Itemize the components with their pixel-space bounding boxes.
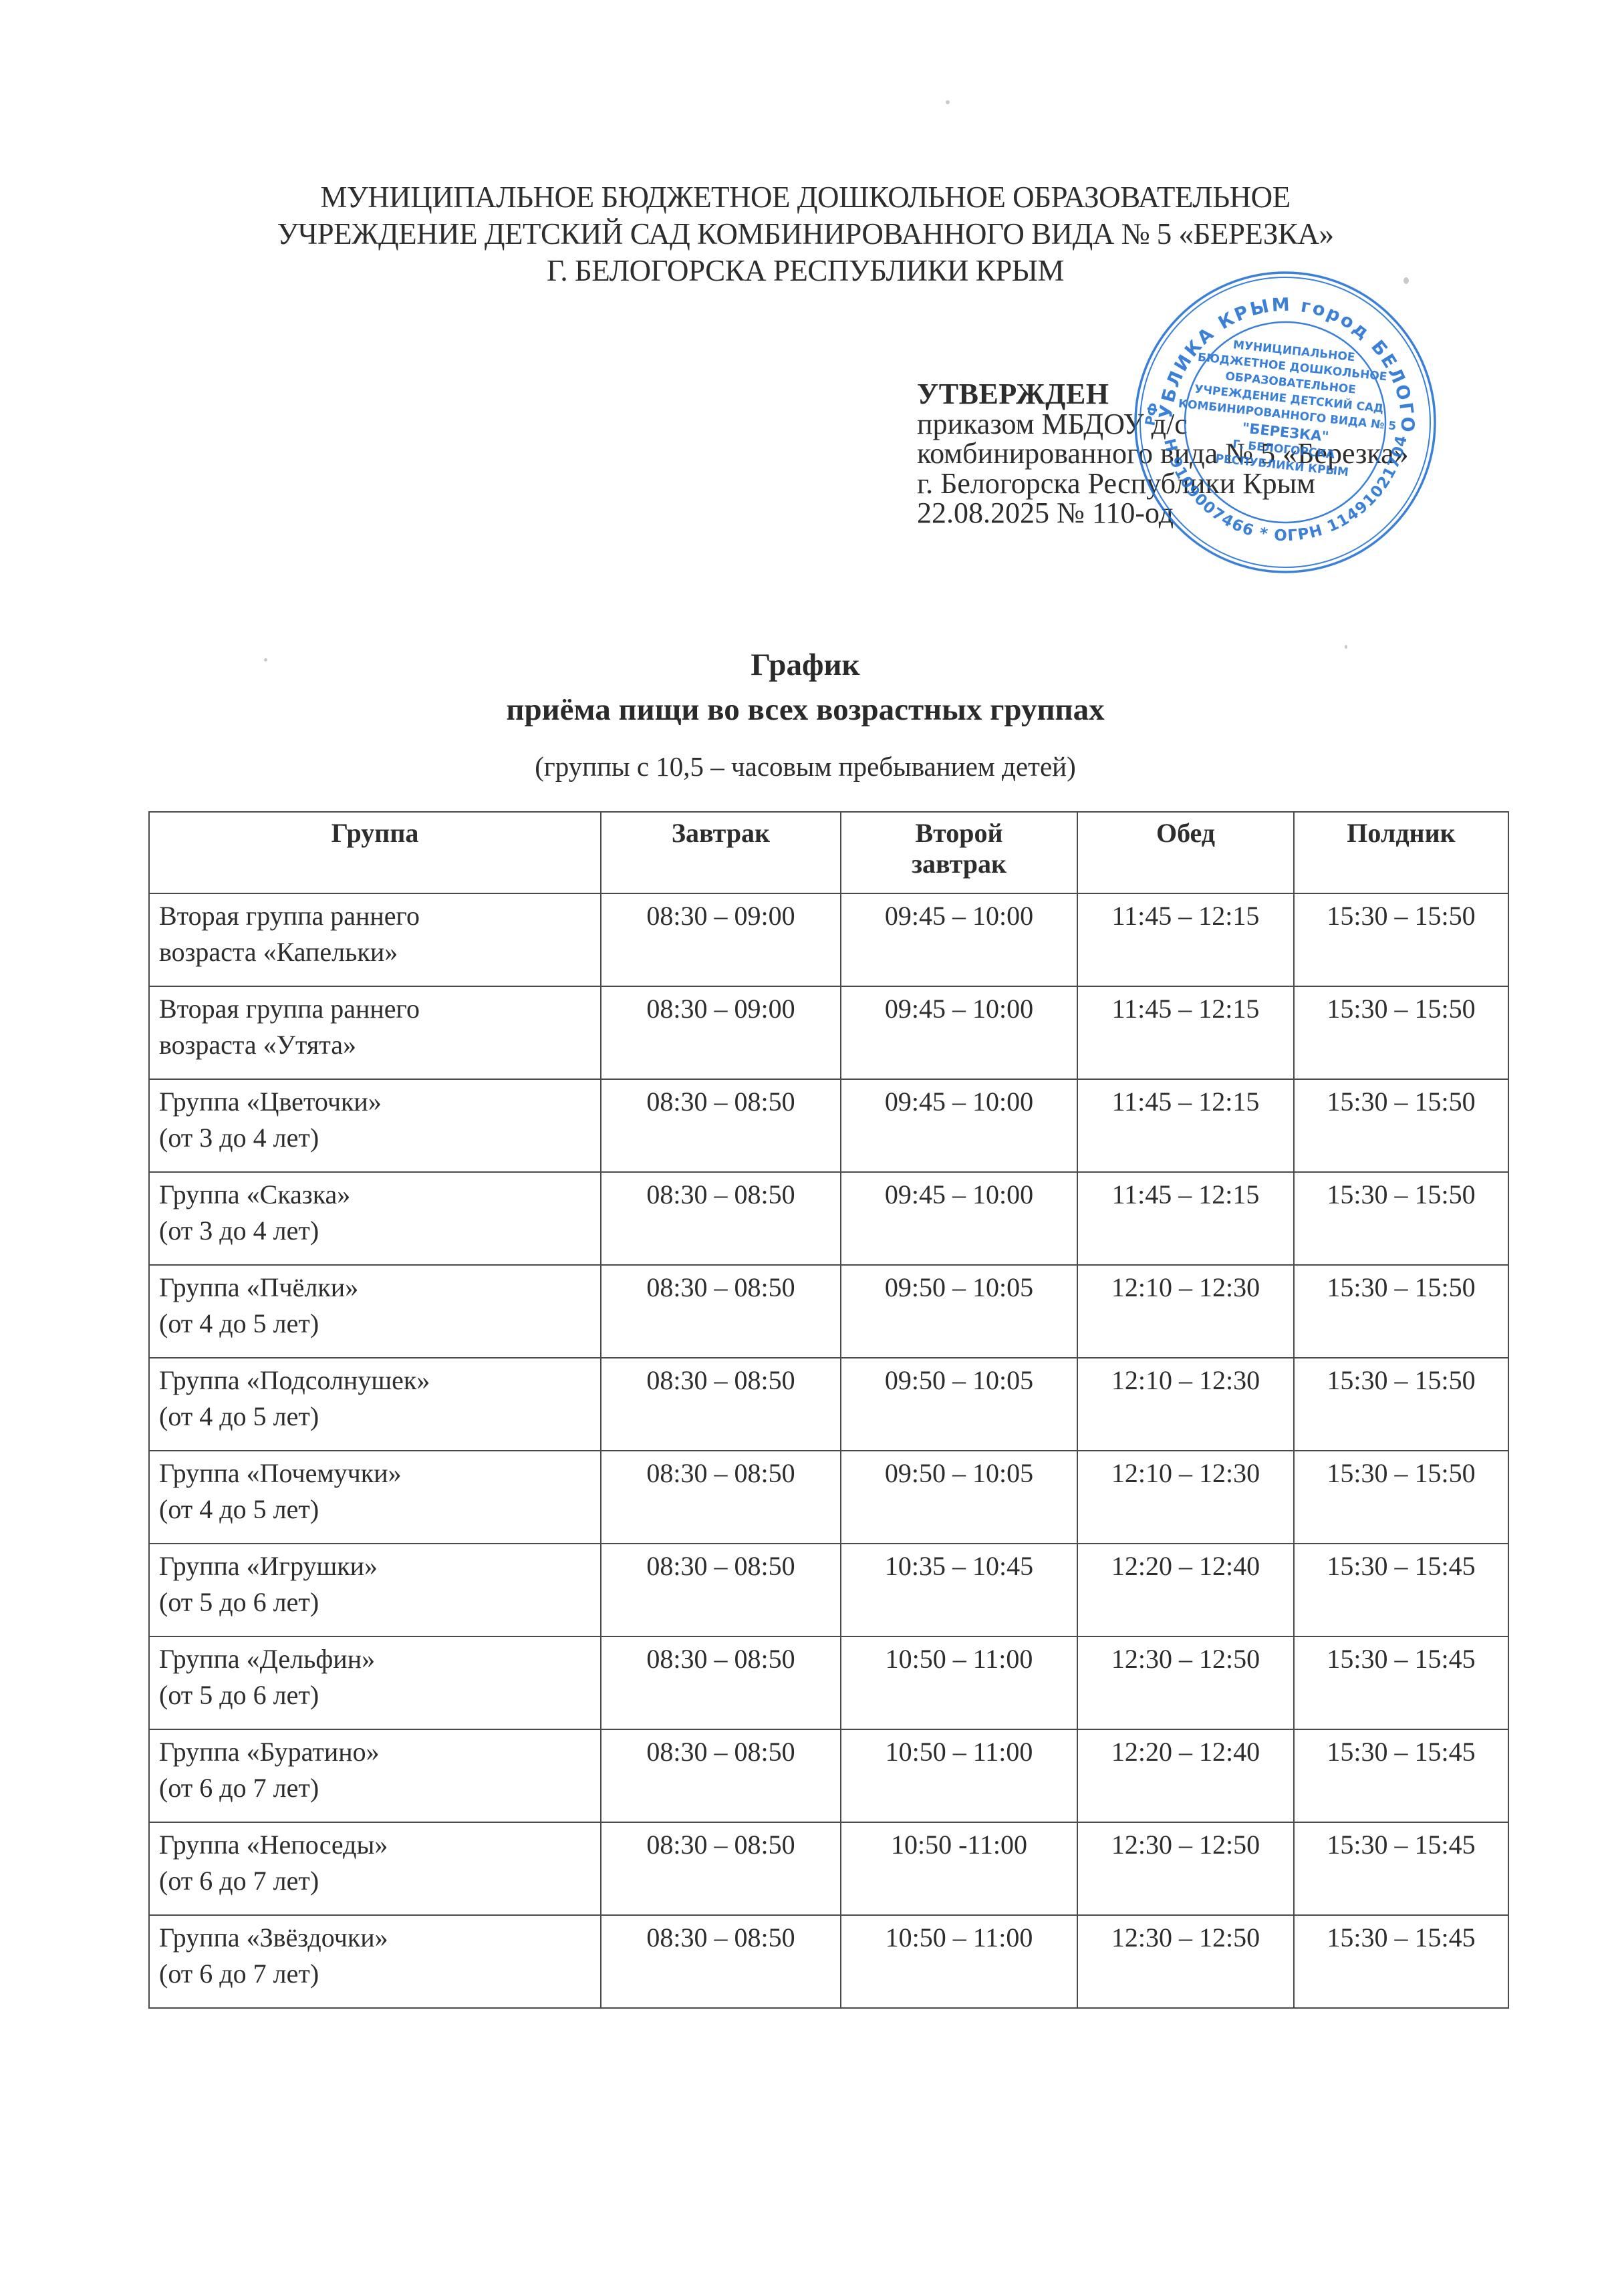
header-second-breakfast: Второй завтрак (841, 812, 1077, 893)
table-row: Группа «Звёздочки»(от 6 до 7 лет)08:30 –… (149, 1915, 1508, 2008)
scan-speck (946, 100, 950, 104)
meal-schedule-table: Группа Завтрак Второй завтрак Обед Полдн… (148, 811, 1509, 2009)
table-row: Группа «Непоседы»(от 6 до 7 лет)08:30 – … (149, 1822, 1508, 1915)
second-breakfast-time-cell: 09:50 – 10:05 (841, 1358, 1077, 1451)
org-header-line-2: УЧРЕЖДЕНИЕ ДЕТСКИЙ САД КОМБИНИРОВАННОГО … (200, 216, 1410, 253)
snack-time-cell: 15:30 – 15:50 (1294, 1265, 1508, 1358)
group-age-note: возраста «Капельки» (159, 934, 600, 970)
official-seal-stamp-icon: РЕСПУБЛИКА КРЫМ город БЕЛОГОРСК * ИНН 91… (1131, 269, 1439, 576)
second-breakfast-time-cell: 10:50 -11:00 (841, 1822, 1077, 1915)
snack-time-cell: 15:30 – 15:45 (1294, 1636, 1508, 1729)
lunch-time-cell: 12:20 – 12:40 (1077, 1544, 1294, 1636)
breakfast-time-cell: 08:30 – 08:50 (601, 1915, 841, 2008)
group-age-note: возраста «Утята» (159, 1027, 600, 1063)
header-group-label: Группа (150, 818, 600, 849)
group-name: Группа «Пчёлки» (159, 1270, 600, 1306)
group-name: Группа «Игрушки» (159, 1548, 600, 1584)
breakfast-time-cell: 08:30 – 09:00 (601, 893, 841, 986)
breakfast-time-cell: 08:30 – 08:50 (601, 1265, 841, 1358)
lunch-time-cell: 12:10 – 12:30 (1077, 1265, 1294, 1358)
group-name: Группа «Почемучки» (159, 1455, 600, 1491)
group-name: Вторая группа раннего (159, 991, 600, 1027)
breakfast-time-cell: 08:30 – 08:50 (601, 1729, 841, 1822)
second-breakfast-time-cell: 10:50 – 11:00 (841, 1636, 1077, 1729)
group-name-cell: Вторая группа раннеговозраста «Утята» (149, 986, 601, 1079)
header-lunch: Обед (1077, 812, 1294, 893)
table-row: Группа «Цветочки»(от 3 до 4 лет)08:30 – … (149, 1079, 1508, 1172)
header-second-breakfast-label-1: Второй (841, 818, 1077, 849)
table-row: Группа «Сказка»(от 3 до 4 лет)08:30 – 08… (149, 1172, 1508, 1265)
snack-time-cell: 15:30 – 15:50 (1294, 1172, 1508, 1265)
group-name-cell: Группа «Звёздочки»(от 6 до 7 лет) (149, 1915, 601, 2008)
group-name-cell: Группа «Цветочки»(от 3 до 4 лет) (149, 1079, 601, 1172)
breakfast-time-cell: 08:30 – 08:50 (601, 1172, 841, 1265)
table-header-row: Группа Завтрак Второй завтрак Обед Полдн… (149, 812, 1508, 893)
group-age-note: (от 3 до 4 лет) (159, 1213, 600, 1249)
group-name-cell: Группа «Почемучки»(от 4 до 5 лет) (149, 1451, 601, 1544)
breakfast-time-cell: 08:30 – 08:50 (601, 1451, 841, 1544)
group-name: Вторая группа раннего (159, 898, 600, 934)
group-name: Группа «Цветочки» (159, 1084, 600, 1120)
snack-time-cell: 15:30 – 15:50 (1294, 986, 1508, 1079)
table-row: Группа «Пчёлки»(от 4 до 5 лет)08:30 – 08… (149, 1265, 1508, 1358)
group-name-cell: Вторая группа раннеговозраста «Капельки» (149, 893, 601, 986)
group-name-cell: Группа «Игрушки»(от 5 до 6 лет) (149, 1544, 601, 1636)
table-row: Группа «Игрушки»(от 5 до 6 лет)08:30 – 0… (149, 1544, 1508, 1636)
lunch-time-cell: 12:30 – 12:50 (1077, 1822, 1294, 1915)
group-name-cell: Группа «Непоседы»(от 6 до 7 лет) (149, 1822, 601, 1915)
snack-time-cell: 15:30 – 15:45 (1294, 1915, 1508, 2008)
table-row: Вторая группа раннеговозраста «Капельки»… (149, 893, 1508, 986)
group-age-note: (от 6 до 7 лет) (159, 1770, 600, 1806)
snack-time-cell: 15:30 – 15:50 (1294, 1451, 1508, 1544)
lunch-time-cell: 11:45 – 12:15 (1077, 1172, 1294, 1265)
header-snack-label: Полдник (1295, 818, 1508, 849)
table-row: Группа «Подсолнушек»(от 4 до 5 лет)08:30… (149, 1358, 1508, 1451)
lunch-time-cell: 12:10 – 12:30 (1077, 1358, 1294, 1451)
lunch-time-cell: 11:45 – 12:15 (1077, 986, 1294, 1079)
header-second-breakfast-label-2: завтрак (841, 849, 1077, 879)
scan-speck (1345, 645, 1347, 649)
group-name-cell: Группа «Пчёлки»(от 4 до 5 лет) (149, 1265, 601, 1358)
org-header-line-1: МУНИЦИПАЛЬНОЕ БЮДЖЕТНОЕ ДОШКОЛЬНОЕ ОБРАЗ… (200, 179, 1410, 216)
breakfast-time-cell: 08:30 – 08:50 (601, 1079, 841, 1172)
second-breakfast-time-cell: 09:45 – 10:00 (841, 986, 1077, 1079)
second-breakfast-time-cell: 10:50 – 11:00 (841, 1915, 1077, 2008)
header-snack: Полдник (1294, 812, 1508, 893)
breakfast-time-cell: 08:30 – 08:50 (601, 1358, 841, 1451)
lunch-time-cell: 12:10 – 12:30 (1077, 1451, 1294, 1544)
lunch-time-cell: 12:20 – 12:40 (1077, 1729, 1294, 1822)
group-age-note: (от 5 до 6 лет) (159, 1677, 600, 1713)
lunch-time-cell: 11:45 – 12:15 (1077, 1079, 1294, 1172)
lunch-time-cell: 12:30 – 12:50 (1077, 1636, 1294, 1729)
snack-time-cell: 15:30 – 15:50 (1294, 1079, 1508, 1172)
group-name-cell: Группа «Сказка»(от 3 до 4 лет) (149, 1172, 601, 1265)
snack-time-cell: 15:30 – 15:45 (1294, 1729, 1508, 1822)
group-name: Группа «Сказка» (159, 1177, 600, 1213)
stamp-ring-left: РФ (1142, 402, 1162, 427)
document-subtitle: (группы с 10,5 – часовым пребыванием дет… (200, 750, 1410, 783)
title-line-1: График (200, 643, 1410, 688)
table-row: Вторая группа раннеговозраста «Утята»08:… (149, 986, 1508, 1079)
group-age-note: (от 4 до 5 лет) (159, 1399, 600, 1435)
second-breakfast-time-cell: 09:45 – 10:00 (841, 1172, 1077, 1265)
group-age-note: (от 5 до 6 лет) (159, 1584, 600, 1620)
breakfast-time-cell: 08:30 – 08:50 (601, 1636, 841, 1729)
snack-time-cell: 15:30 – 15:45 (1294, 1822, 1508, 1915)
second-breakfast-time-cell: 10:50 – 11:00 (841, 1729, 1077, 1822)
breakfast-time-cell: 08:30 – 08:50 (601, 1544, 841, 1636)
group-age-note: (от 6 до 7 лет) (159, 1956, 600, 1992)
group-name-cell: Группа «Буратино»(от 6 до 7 лет) (149, 1729, 601, 1822)
header-breakfast: Завтрак (601, 812, 841, 893)
lunch-time-cell: 11:45 – 12:15 (1077, 893, 1294, 986)
group-name: Группа «Звёздочки» (159, 1920, 600, 1956)
snack-time-cell: 15:30 – 15:50 (1294, 893, 1508, 986)
breakfast-time-cell: 08:30 – 08:50 (601, 1822, 841, 1915)
header-group: Группа (149, 812, 601, 893)
group-age-note: (от 6 до 7 лет) (159, 1863, 600, 1899)
group-name-cell: Группа «Дельфин»(от 5 до 6 лет) (149, 1636, 601, 1729)
snack-time-cell: 15:30 – 15:45 (1294, 1544, 1508, 1636)
group-name: Группа «Непоседы» (159, 1827, 600, 1863)
table-row: Группа «Дельфин»(от 5 до 6 лет)08:30 – 0… (149, 1636, 1508, 1729)
second-breakfast-time-cell: 09:45 – 10:00 (841, 893, 1077, 986)
header-lunch-label: Обед (1078, 818, 1293, 849)
table-row: Группа «Почемучки»(от 4 до 5 лет)08:30 –… (149, 1451, 1508, 1544)
group-age-note: (от 3 до 4 лет) (159, 1120, 600, 1156)
title-line-2: приёма пищи во всех возрастных группах (200, 688, 1410, 732)
second-breakfast-time-cell: 09:45 – 10:00 (841, 1079, 1077, 1172)
group-name-cell: Группа «Подсолнушек»(от 4 до 5 лет) (149, 1358, 601, 1451)
group-age-note: (от 4 до 5 лет) (159, 1306, 600, 1342)
breakfast-time-cell: 08:30 – 09:00 (601, 986, 841, 1079)
group-age-note: (от 4 до 5 лет) (159, 1491, 600, 1528)
header-breakfast-label: Завтрак (601, 818, 840, 849)
group-name: Группа «Буратино» (159, 1734, 600, 1770)
table-row: Группа «Буратино»(от 6 до 7 лет)08:30 – … (149, 1729, 1508, 1822)
document-title: График приёма пищи во всех возрастных гр… (200, 643, 1410, 732)
group-name: Группа «Дельфин» (159, 1641, 600, 1677)
snack-time-cell: 15:30 – 15:50 (1294, 1358, 1508, 1451)
second-breakfast-time-cell: 09:50 – 10:05 (841, 1265, 1077, 1358)
second-breakfast-time-cell: 09:50 – 10:05 (841, 1451, 1077, 1544)
scan-speck (264, 658, 267, 662)
second-breakfast-time-cell: 10:35 – 10:45 (841, 1544, 1077, 1636)
lunch-time-cell: 12:30 – 12:50 (1077, 1915, 1294, 2008)
group-name: Группа «Подсолнушек» (159, 1362, 600, 1399)
